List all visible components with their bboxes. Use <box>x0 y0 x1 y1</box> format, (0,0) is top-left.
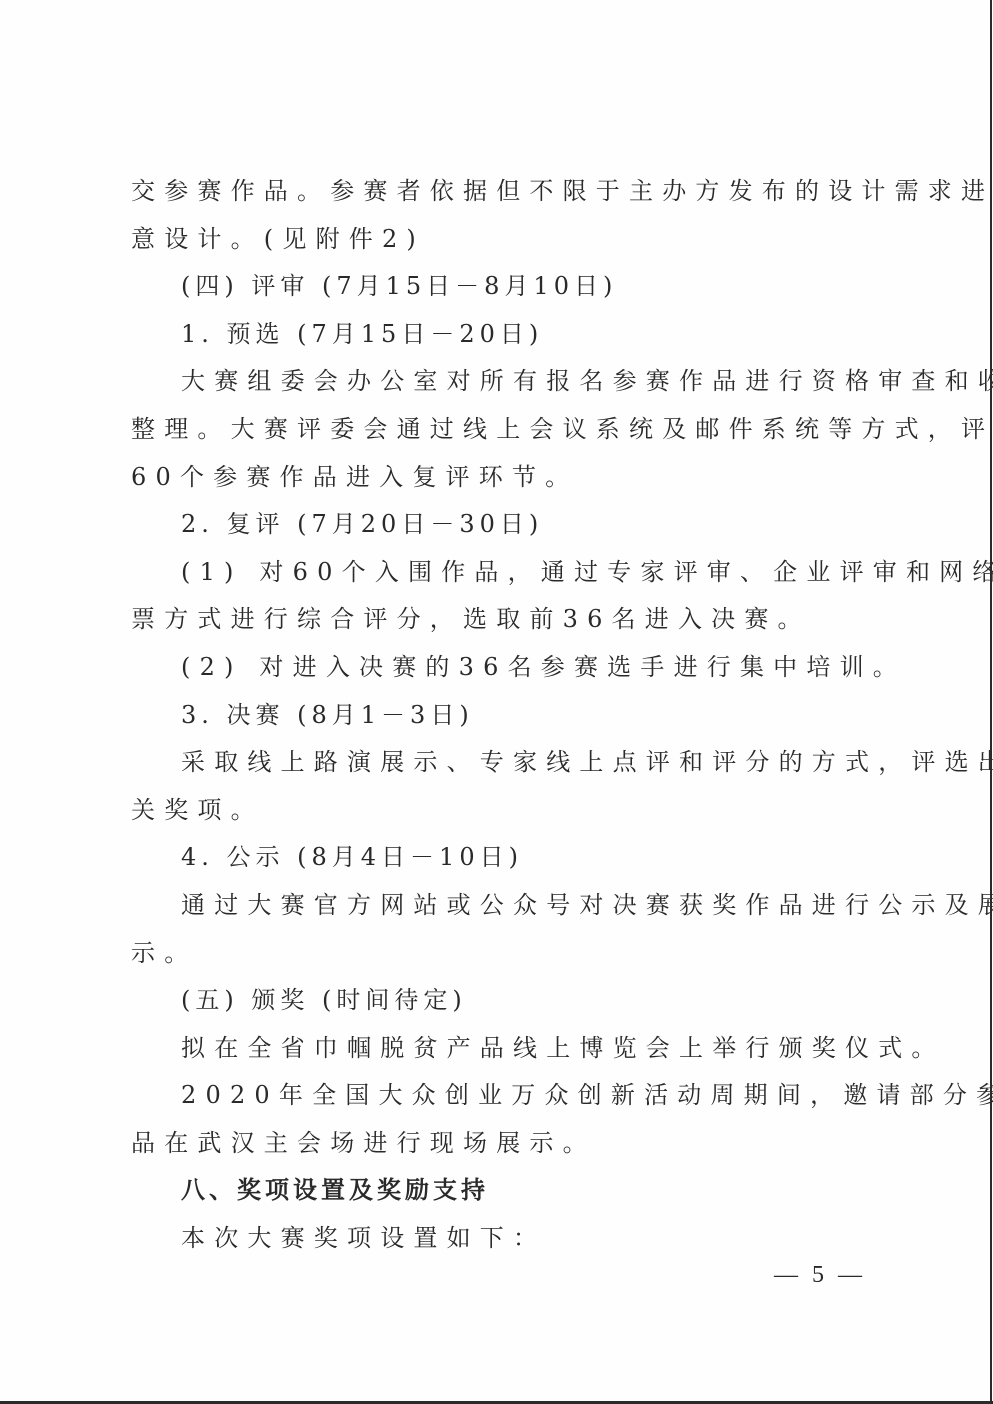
paragraph-line: 60个参赛作品进入复评环节。 <box>131 454 869 502</box>
section-heading-awards: (五) 颁奖 (时间待定) <box>131 977 869 1025</box>
paragraph-line: (2) 对进入决赛的36名参赛选手进行集中培训。 <box>131 644 869 692</box>
paragraph-line: 关奖项。 <box>131 787 869 835</box>
subsection-preselection: 1. 预选 (7月15日－20日) <box>131 311 869 359</box>
paragraph-line: 品在武汉主会场进行现场展示。 <box>131 1120 869 1168</box>
subsection-final: 3. 决赛 (8月1－3日) <box>131 692 869 740</box>
paragraph-line: 票方式进行综合评分，选取前36名进入决赛。 <box>131 596 869 644</box>
paragraph-line: 交参赛作品。参赛者依据但不限于主办方发布的设计需求进行创 <box>131 168 869 216</box>
chapter-heading-prizes: 八、奖项设置及奖励支持 <box>131 1167 869 1215</box>
scan-edge-right <box>990 0 992 1401</box>
paragraph-line: 拟在全省巾帼脱贫产品线上博览会上举行颁奖仪式。 <box>131 1025 869 1073</box>
page-number: — 5 — <box>774 1262 866 1289</box>
paragraph-line: 大赛组委会办公室对所有报名参赛作品进行资格审查和收集 <box>131 358 869 406</box>
subsection-second-review: 2. 复评 (7月20日－30日) <box>131 501 869 549</box>
page-body: 交参赛作品。参赛者依据但不限于主办方发布的设计需求进行创 意设计。(见附件2) … <box>131 168 869 1263</box>
paragraph-line: 示。 <box>131 930 869 978</box>
paragraph-line: 通过大赛官方网站或公众号对决赛获奖作品进行公示及展 <box>131 882 869 930</box>
paragraph-line: (1) 对60个入围作品，通过专家评审、企业评审和网络投 <box>131 549 869 597</box>
section-heading-review: (四) 评审 (7月15日－8月10日) <box>131 263 869 311</box>
paragraph-line: 2020年全国大众创业万众创新活动周期间，邀请部分参赛作 <box>131 1072 869 1120</box>
paragraph-line: 采取线上路演展示、专家线上点评和评分的方式，评选出相 <box>131 739 869 787</box>
paragraph-line: 本次大赛奖项设置如下： <box>131 1215 869 1263</box>
paragraph-line: 意设计。(见附件2) <box>131 216 869 264</box>
paragraph-line: 整理。大赛评委会通过线上会议系统及邮件系统等方式，评选出 <box>131 406 869 454</box>
document-page: 交参赛作品。参赛者依据但不限于主办方发布的设计需求进行创 意设计。(见附件2) … <box>0 0 993 1404</box>
subsection-publicity: 4. 公示 (8月4日－10日) <box>131 834 869 882</box>
